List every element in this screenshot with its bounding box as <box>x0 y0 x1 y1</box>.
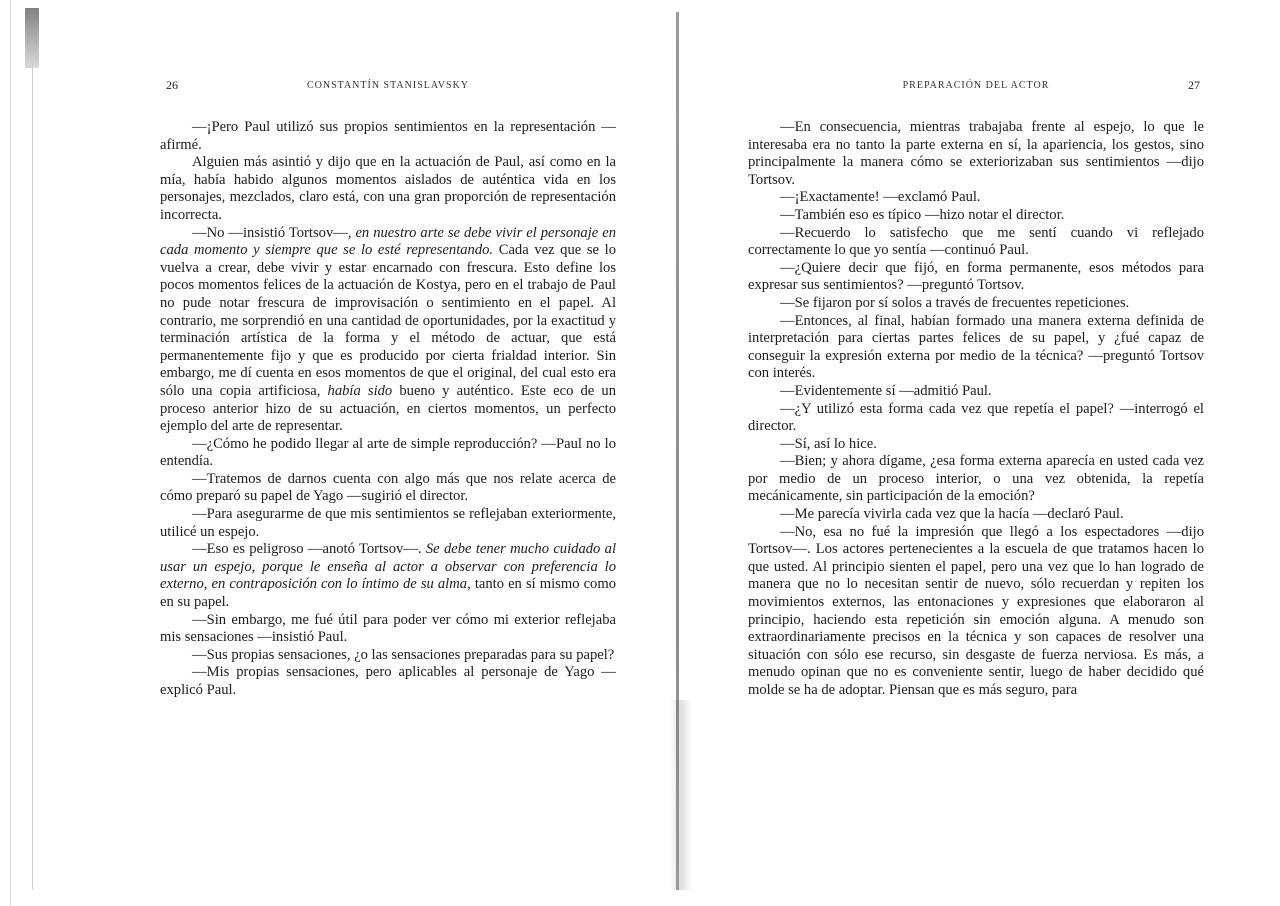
paragraph: —¿Y utilizó esta forma cada vez que repe… <box>748 401 1204 436</box>
paragraph: —Sí, así lo hice. <box>748 436 1204 454</box>
text-run: —Evidentemente sí —admitió Paul. <box>780 383 992 399</box>
text-run: —¿Y utilizó esta forma cada vez que repe… <box>748 401 1204 435</box>
gutter-shadow <box>670 700 692 890</box>
paragraph: —¡Pero Paul utilizó sus propios sentimie… <box>160 119 616 154</box>
page-body: —En consecuencia, mientras trabajaba fre… <box>748 119 1204 700</box>
paragraph: —Para asegurarme de que mis sentimientos… <box>160 506 616 541</box>
paragraph: —Eso es peligroso —anotó Tortsov—. Se de… <box>160 541 616 611</box>
scan-streak <box>32 60 33 890</box>
text-run: —Sin embargo, me fué útil para poder ver… <box>160 612 616 646</box>
text-run: —No —insistió Tortsov—, <box>192 225 355 241</box>
paragraph: —Sin embargo, me fué útil para poder ver… <box>160 612 616 647</box>
text-run: —¡Exactamente! —exclamó Paul. <box>780 189 981 205</box>
paragraph: —¡Exactamente! —exclamó Paul. <box>748 189 1204 207</box>
paragraph: —¿Quiere decir que fijó, en forma perman… <box>748 260 1204 295</box>
text-run: —Entonces, al final, habían formado una … <box>748 313 1204 382</box>
text-run: —En consecuencia, mientras trabajaba fre… <box>748 119 1204 188</box>
paragraph: —Mis propias sensaciones, pero aplicable… <box>160 664 616 699</box>
paragraph: Alguien más asintió y dijo que en la act… <box>160 154 616 224</box>
paragraph: —Se fijaron por sí solos a través de fre… <box>748 295 1204 313</box>
paragraph: —También eso es típico —hizo notar el di… <box>748 207 1204 225</box>
text-run: —Recuerdo lo satisfecho que me sentí cua… <box>748 225 1204 259</box>
running-head: 26 CONSTANTÍN STANISLAVSKY <box>160 80 616 96</box>
paragraph: —En consecuencia, mientras trabajaba fre… <box>748 119 1204 189</box>
text-run: Alguien más asintió y dijo que en la act… <box>160 154 616 223</box>
paragraph: —Entonces, al final, habían formado una … <box>748 313 1204 383</box>
italic-text: había sido <box>328 383 393 399</box>
paragraph: —¿Cómo he podido llegar al arte de simpl… <box>160 436 616 471</box>
scan-left-edge <box>10 0 11 906</box>
text-run: —¡Pero Paul utilizó sus propios sentimie… <box>160 119 616 153</box>
paragraph: —No, esa no fué la impresión que llegó a… <box>748 524 1204 700</box>
paragraph: —Bien; y ahora dígame, ¿esa forma extern… <box>748 453 1204 506</box>
text-run: —Eso es peligroso —anotó Tortsov—. <box>192 541 426 557</box>
paragraph: —Me parecía vivirla cada vez que la hací… <box>748 506 1204 524</box>
running-head-author: CONSTANTÍN STANISLAVSKY <box>160 80 616 91</box>
text-run: —Sí, así lo hice. <box>780 436 877 452</box>
paragraph: —Tratemos de darnos cuenta con algo más … <box>160 471 616 506</box>
text-run: —Bien; y ahora dígame, ¿esa forma extern… <box>748 453 1204 504</box>
paragraph: —Recuerdo lo satisfecho que me sentí cua… <box>748 225 1204 260</box>
text-run: —Tratemos de darnos cuenta con algo más … <box>160 471 616 505</box>
text-run: —Se fijaron por sí solos a través de fre… <box>780 295 1129 311</box>
text-run: —Mis propias sensaciones, pero aplicable… <box>160 664 616 698</box>
page-number: 27 <box>1188 78 1200 93</box>
running-head: PREPARACIÓN DEL ACTOR 27 <box>748 80 1204 96</box>
page-body: —¡Pero Paul utilizó sus propios sentimie… <box>160 119 616 700</box>
paragraph: —Sus propias sensaciones, ¿o las sensaci… <box>160 647 616 665</box>
text-run: —No, esa no fué la impresión que llegó a… <box>748 524 1204 698</box>
paragraph: —No —insistió Tortsov—, en nuestro arte … <box>160 225 616 436</box>
text-run: Cada vez que se lo vuelva a crear, debe … <box>160 242 616 399</box>
text-run: —¿Cómo he podido llegar al arte de simpl… <box>160 436 616 470</box>
text-run: —También eso es típico —hizo notar el di… <box>780 207 1064 223</box>
text-run: —Me parecía vivirla cada vez que la hací… <box>780 506 1124 522</box>
scan-smudge <box>25 8 39 68</box>
paragraph: —Evidentemente sí —admitió Paul. <box>748 383 1204 401</box>
running-head-book-title: PREPARACIÓN DEL ACTOR <box>748 80 1204 91</box>
text-run: —Sus propias sensaciones, ¿o las sensaci… <box>192 647 614 663</box>
text-run: —Para asegurarme de que mis sentimientos… <box>160 506 616 540</box>
text-run: —¿Quiere decir que fijó, en forma perman… <box>748 260 1204 294</box>
